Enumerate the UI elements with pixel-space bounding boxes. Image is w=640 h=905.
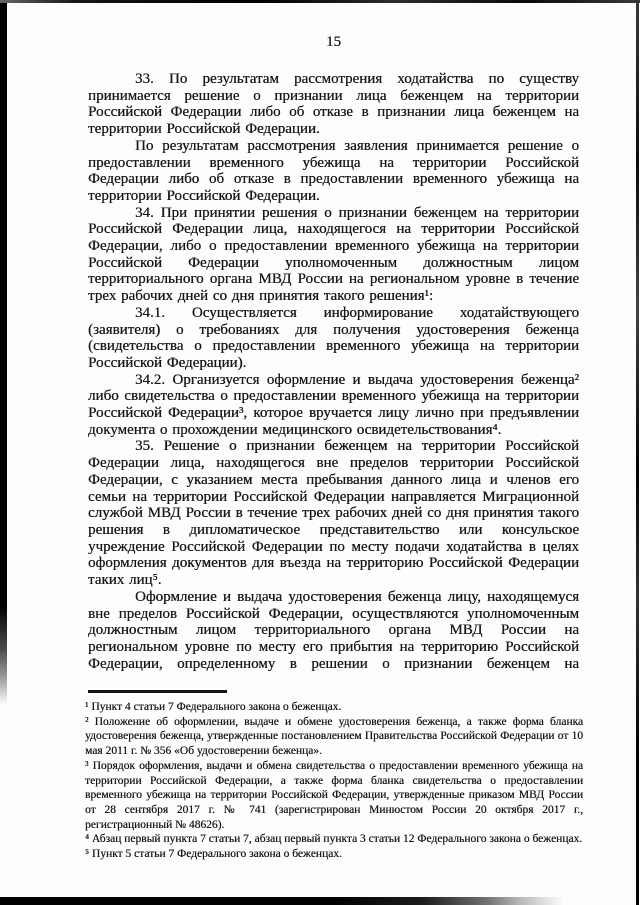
scan-edge-top bbox=[0, 0, 640, 3]
footnote-1: ¹ Пункт 4 статьи 7 Федерального закона о… bbox=[85, 700, 583, 715]
footnote-separator-line bbox=[88, 690, 227, 693]
scanned-document-page: 15 33. По результатам рассмотрения ходат… bbox=[0, 0, 640, 905]
footnote-2: ² Положение об оформлении, выдаче и обме… bbox=[85, 715, 583, 759]
paragraph-35: 35. Решение о признании беженцем на терр… bbox=[88, 438, 579, 588]
document-text-block: 15 33. По результатам рассмотрения ходат… bbox=[88, 34, 579, 672]
footnotes-block: ¹ Пункт 4 статьи 7 Федерального закона о… bbox=[85, 700, 583, 862]
page-number: 15 bbox=[88, 34, 579, 51]
paragraph-35-cont: Оформление и выдача удостоверения беженц… bbox=[88, 589, 579, 673]
footnote-3: ³ Порядок оформления, выдачи и обмена св… bbox=[85, 759, 583, 833]
paragraph-34-1: 34.1. Осуществляется информирование хода… bbox=[88, 305, 579, 372]
paragraph-34: 34. При принятии решения о признании беж… bbox=[88, 205, 579, 305]
scan-edge-right bbox=[636, 0, 639, 905]
paragraph-33: 33. По результатам рассмотрения ходатайс… bbox=[88, 71, 579, 138]
footnote-4: ⁴ Абзац первый пункта 7 статьи 7, абзац … bbox=[85, 832, 583, 847]
document-body: 33. По результатам рассмотрения ходатайс… bbox=[88, 71, 579, 672]
scan-edge-left bbox=[0, 0, 7, 705]
paragraph-34-2: 34.2. Организуется оформление и выдача у… bbox=[88, 372, 579, 439]
scan-edge-bottom bbox=[0, 897, 640, 905]
footnote-5: ⁵ Пункт 5 статьи 7 Федерального закона о… bbox=[85, 847, 583, 862]
paragraph-33-cont: По результатам рассмотрения заявления пр… bbox=[88, 138, 579, 205]
